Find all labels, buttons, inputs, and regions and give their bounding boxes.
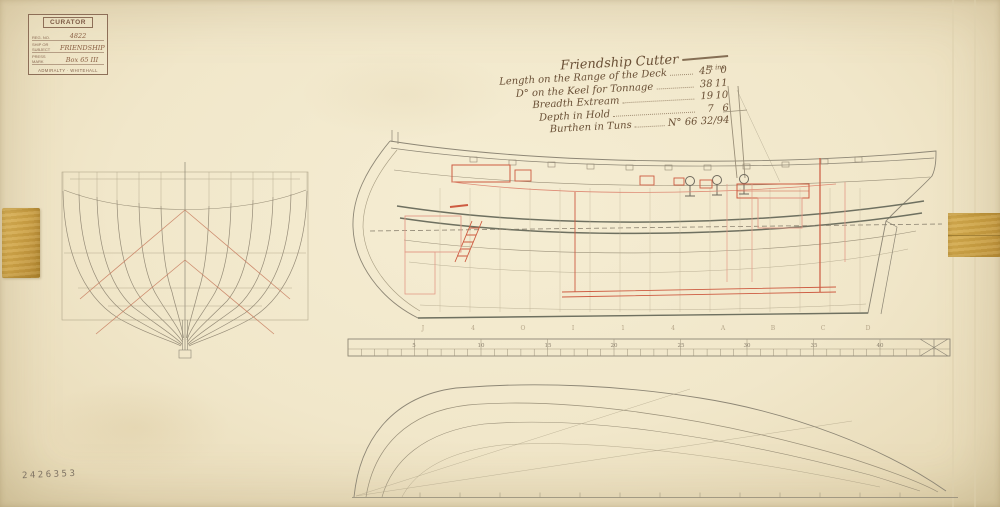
- stamp-row-ship: Ship or Subject FRIENDSHIP: [32, 42, 104, 53]
- scale-label: 10: [478, 343, 485, 349]
- scale-bar: 5 10 15 20 25 30 35 40: [348, 339, 950, 356]
- dot-leader: [670, 74, 693, 76]
- curator-stamp-header-label: CURATOR: [50, 19, 86, 26]
- scale-label: 5: [412, 343, 416, 349]
- title-block: Friendship Cutter Ft ins Length on the R…: [490, 50, 730, 140]
- station-letter: C: [821, 325, 826, 332]
- scale-label: 40: [877, 343, 884, 349]
- station-letter: J: [421, 325, 425, 332]
- curator-stamp-header: CURATOR: [43, 17, 93, 28]
- stamp-row-press-mark: Press Mark Box 65 III: [32, 54, 104, 65]
- hull-outline: [353, 141, 936, 318]
- half-breadth-plan-view: [352, 385, 958, 498]
- scale-labels: 5 10 15 20 25 30 35 40: [412, 343, 884, 349]
- bulwark-timberheads: [470, 157, 862, 170]
- half-breadth-diagonals: [356, 389, 852, 496]
- reg-no-value: 4822: [52, 32, 104, 40]
- tape-patch-right: [948, 213, 1000, 257]
- ship-plan-sheet: J 4 O I 1 4 A B C D 5 10 15 20: [0, 0, 1000, 507]
- station-letter: O: [521, 325, 526, 332]
- dot-leader: [635, 126, 665, 129]
- units-header: Ft ins: [706, 63, 725, 72]
- scale-bar-frame: [348, 339, 950, 356]
- press-mark-label: Press Mark: [32, 54, 58, 64]
- press-mark-value: Box 65 III: [60, 56, 104, 64]
- reg-no-label: Reg. No.: [32, 35, 50, 40]
- ship-label: Ship or Subject: [32, 42, 58, 52]
- station-letter: D: [866, 325, 871, 332]
- scale-label: 30: [744, 343, 751, 349]
- ship-value: FRIENDSHIP: [60, 44, 105, 52]
- dimension-feet: 19: [697, 91, 714, 104]
- dot-leader: [623, 99, 695, 104]
- scale-label: 35: [811, 343, 818, 349]
- scale-label: 25: [678, 343, 685, 349]
- half-breadth-ticks: [420, 493, 900, 498]
- scale-label: 20: [611, 343, 618, 349]
- mast: [723, 86, 780, 182]
- tape-patch-left: [2, 208, 40, 278]
- station-letter: 4: [671, 325, 675, 332]
- dimension-feet: 7: [698, 103, 715, 116]
- dimension-inches: 11: [712, 77, 728, 90]
- station-letter: I: [572, 325, 575, 332]
- keel-line: [418, 313, 868, 318]
- station-lines: [440, 188, 860, 312]
- body-plan-view: [62, 162, 308, 358]
- station-letter: 1: [621, 325, 625, 332]
- station-letter: B: [771, 325, 776, 332]
- station-letter: A: [720, 325, 726, 332]
- station-letter: 4: [471, 325, 475, 332]
- stamp-row-reg-no: Reg. No. 4822: [32, 30, 104, 41]
- red-ink-details: [405, 158, 845, 297]
- dimension-feet: 38: [696, 78, 713, 91]
- scale-ticks: [348, 339, 920, 356]
- scale-label: 15: [545, 343, 552, 349]
- title-flourish: [682, 55, 728, 61]
- dimension-inches: 6: [714, 103, 730, 116]
- dot-leader: [656, 86, 693, 89]
- scale-diagonal-end: [920, 339, 948, 356]
- dimension-inches: 10: [713, 90, 729, 103]
- stamp-footer: ADMIRALTY · WHITEHALL: [32, 66, 104, 73]
- curator-stamp: CURATOR Reg. No. 4822 Ship or Subject FR…: [28, 14, 108, 75]
- dot-leader: [613, 111, 695, 116]
- station-letters: J 4 O I 1 4 A B C D: [421, 325, 871, 332]
